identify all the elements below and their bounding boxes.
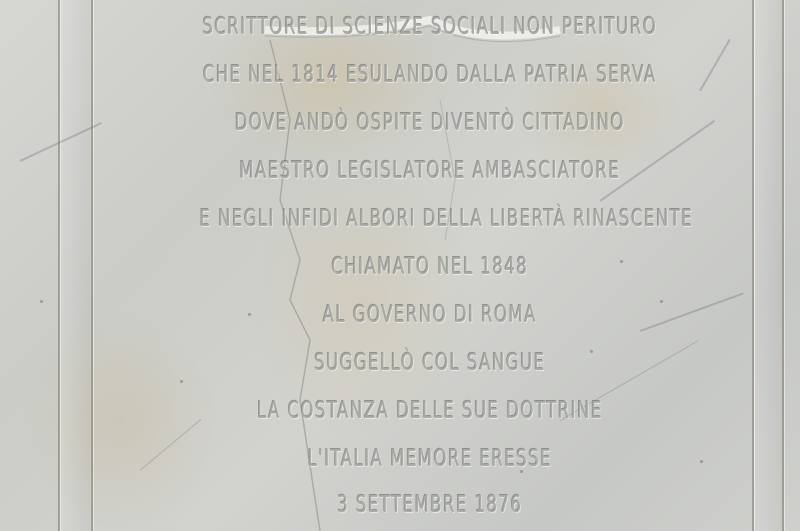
inscription-line-4: MAESTRO LEGISLATORE AMBASCIATORE [200,158,661,184]
inscription-line-9: LA COSTANZA DELLE SUE DOTTRINE [200,398,661,424]
inscription-line-3: DOVE ANDÒ OSPITE DIVENTÒ CITTADINO [200,110,661,136]
marble-slab-photo: SCRITTORE DI SCIENZE SOCIALI NON PERITUR… [0,0,800,531]
marble-speck [40,300,43,303]
left-frame-groove-outer [58,0,60,531]
inscription-line-1: SCRITTORE DI SCIENZE SOCIALI NON PERITUR… [200,14,661,40]
left-frame-groove-inner [91,0,93,531]
inscription-line-7: AL GOVERNO DI ROMA [200,302,661,328]
inscription-line-5: E NEGLI INFIDI ALBORI DELLA LIBERTÀ RINA… [200,206,661,232]
right-frame-groove-outer [782,0,784,531]
inscription-line-8: SUGGELLÒ COL SANGUE [200,350,661,376]
inscription: SCRITTORE DI SCIENZE SOCIALI NON PERITUR… [110,10,750,525]
right-frame-groove-inner [752,0,754,531]
inscription-line-6: CHIAMATO NEL 1848 [200,254,661,280]
inscription-line-11: 3 SETTEMBRE 1876 [200,492,661,518]
inscription-line-2: CHE NEL 1814 ESULANDO DALLA PATRIA SERVA [200,62,661,88]
left-frame-molding [58,0,90,531]
right-frame-molding [752,0,782,531]
inscription-line-10: L'ITALIA MEMORE ERESSE [200,446,661,472]
